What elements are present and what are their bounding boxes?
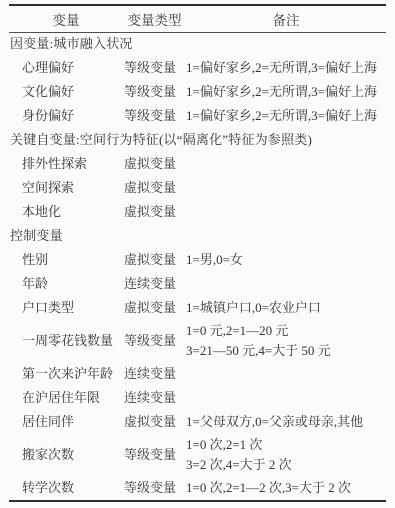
table-row: 一周零花钱数量等级变量1=0 元,2=1—20 元 3=21—50 元,4=大于… (9, 320, 386, 362)
variable-note: 1=0 元,2=1—20 元 3=21—50 元,4=大于 50 元 (186, 320, 386, 362)
section-label: 因变量:城市融入状况 (9, 32, 386, 56)
variable-note: 1=0 次,2=1—2 次,3=大于 2 次 (186, 476, 386, 500)
variable-note (186, 386, 386, 410)
table-body: 因变量:城市融入状况心理偏好等级变量1=偏好家乡,2=无所谓,3=偏好上海文化偏… (9, 32, 386, 500)
variable-type: 虚拟变量 (123, 176, 186, 200)
table-header: 变量 变量类型 备注 (9, 6, 386, 32)
variable-note: 1=偏好家乡,2=无所谓,3=偏好上海 (186, 56, 386, 80)
variable-name: 文化偏好 (9, 80, 123, 104)
table-row: 空间探索虚拟变量 (9, 176, 386, 200)
variable-type: 等级变量 (123, 56, 186, 80)
variable-note: 1=城镇户口,0=农业户口 (186, 296, 386, 320)
variable-name: 性别 (9, 248, 123, 272)
section-row: 因变量:城市融入状况 (9, 32, 386, 56)
table-row: 第一次来沪年龄连续变量 (9, 362, 386, 386)
variable-name: 年龄 (9, 272, 123, 296)
section-row: 控制变量 (9, 224, 386, 248)
variable-name: 一周零花钱数量 (9, 320, 123, 362)
variable-type: 连续变量 (123, 272, 186, 296)
variable-type: 连续变量 (123, 386, 186, 410)
variable-name: 本地化 (9, 200, 123, 224)
table-row: 在沪居住年限连续变量 (9, 386, 386, 410)
header-variable-type: 变量类型 (123, 6, 186, 32)
variable-name: 在沪居住年限 (9, 386, 123, 410)
table-row: 心理偏好等级变量1=偏好家乡,2=无所谓,3=偏好上海 (9, 56, 386, 80)
table-row: 搬家次数等级变量1=0 次,2=1 次 3=2 次,4=大于 2 次 (9, 434, 386, 476)
variable-type: 等级变量 (123, 434, 186, 476)
variable-name: 身份偏好 (9, 104, 123, 128)
table-row: 户口类型虚拟变量1=城镇户口,0=农业户口 (9, 296, 386, 320)
table-row: 居住同伴虚拟变量1=父母双方,0=父亲或母亲,其他 (9, 410, 386, 434)
table-row: 转学次数等级变量1=0 次,2=1—2 次,3=大于 2 次 (9, 476, 386, 500)
section-label: 关键自变量:空间行为特征(以“隔离化”特征为参照类) (9, 128, 386, 152)
variable-name: 户口类型 (9, 296, 123, 320)
variable-name: 心理偏好 (9, 56, 123, 80)
variable-type: 等级变量 (123, 80, 186, 104)
page: 变量 变量类型 备注 因变量:城市融入状况心理偏好等级变量1=偏好家乡,2=无所… (0, 0, 395, 508)
variable-name: 第一次来沪年龄 (9, 362, 123, 386)
variable-name: 搬家次数 (9, 434, 123, 476)
variable-type: 连续变量 (123, 362, 186, 386)
table-row: 本地化虚拟变量 (9, 200, 386, 224)
variable-type: 虚拟变量 (123, 152, 186, 176)
variables-table: 变量 变量类型 备注 因变量:城市融入状况心理偏好等级变量1=偏好家乡,2=无所… (9, 6, 386, 500)
variables-table-container: 变量 变量类型 备注 因变量:城市融入状况心理偏好等级变量1=偏好家乡,2=无所… (9, 4, 386, 502)
variable-note: 1=偏好家乡,2=无所谓,3=偏好上海 (186, 80, 386, 104)
table-row: 文化偏好等级变量1=偏好家乡,2=无所谓,3=偏好上海 (9, 80, 386, 104)
variable-note (186, 362, 386, 386)
section-label: 控制变量 (9, 224, 386, 248)
header-variable: 变量 (9, 6, 123, 32)
variable-note: 1=男,0=女 (186, 248, 386, 272)
table-row: 排外性探索虚拟变量 (9, 152, 386, 176)
variable-type: 虚拟变量 (123, 248, 186, 272)
variable-type: 虚拟变量 (123, 200, 186, 224)
variable-note (186, 272, 386, 296)
variable-note (186, 176, 386, 200)
variable-note: 1=偏好家乡,2=无所谓,3=偏好上海 (186, 104, 386, 128)
variable-type: 等级变量 (123, 320, 186, 362)
variable-type: 等级变量 (123, 104, 186, 128)
header-note: 备注 (186, 6, 386, 32)
section-row: 关键自变量:空间行为特征(以“隔离化”特征为参照类) (9, 128, 386, 152)
variable-type: 虚拟变量 (123, 410, 186, 434)
variable-type: 等级变量 (123, 476, 186, 500)
variable-type: 虚拟变量 (123, 296, 186, 320)
variable-note: 1=0 次,2=1 次 3=2 次,4=大于 2 次 (186, 434, 386, 476)
table-header-row: 变量 变量类型 备注 (9, 6, 386, 32)
variable-note (186, 152, 386, 176)
table-row: 年龄连续变量 (9, 272, 386, 296)
variable-note (186, 200, 386, 224)
variable-name: 空间探索 (9, 176, 123, 200)
table-row: 性别虚拟变量1=男,0=女 (9, 248, 386, 272)
table-row: 身份偏好等级变量1=偏好家乡,2=无所谓,3=偏好上海 (9, 104, 386, 128)
variable-name: 居住同伴 (9, 410, 123, 434)
variable-name: 排外性探索 (9, 152, 123, 176)
variable-name: 转学次数 (9, 476, 123, 500)
variable-note: 1=父母双方,0=父亲或母亲,其他 (186, 410, 386, 434)
